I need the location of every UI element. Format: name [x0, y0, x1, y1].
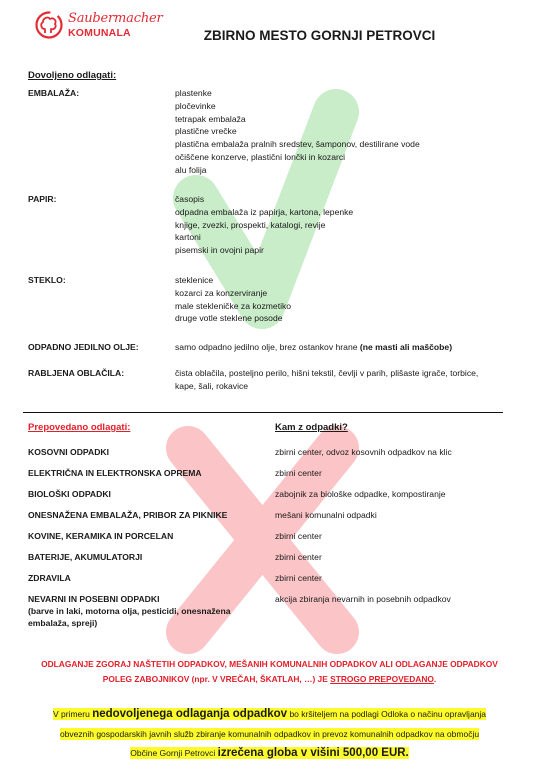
category-cooking-oil: ODPADNO JEDILNO OLJE: [28, 342, 139, 352]
paper-items: časopisodpadna embalaža iz papirja, kart… [175, 193, 353, 257]
cooking-oil-items: samo odpadno jedilno olje, brez ostankov… [175, 341, 452, 354]
category-glass: STEKLO: [28, 275, 66, 285]
forbidden-waste: KOSOVNI ODPADKI [28, 447, 109, 457]
warning-period: . [434, 674, 436, 684]
fine-text-c: Občine Gornji Petrovci [130, 748, 217, 758]
where-heading: Kam z odpadki? [275, 422, 348, 433]
warning-line-1: ODLAGANJE ZGORAJ NAŠTETIH ODPADKOV, MEŠA… [0, 657, 539, 672]
allowed-item: kozarci za konzerviranje [175, 287, 291, 300]
glass-items: steklenicekozarci za konzerviranjemale s… [175, 274, 291, 325]
page-title: ZBIRNO MESTO GORNJI PETROVCI [0, 28, 539, 43]
waste-detail: (barve in laki, motorna olja, pesticidi,… [28, 606, 231, 616]
fine-text-a: V primeru [53, 709, 92, 719]
forbidden-waste: NEVARNI IN POSEBNI ODPADKI(barve in laki… [28, 594, 231, 628]
forbidden-waste: KOVINE, KERAMIKA IN PORCELAN [28, 531, 173, 541]
allowed-item: odpadna embalaža iz papirja, kartona, le… [175, 206, 353, 219]
allowed-item: pisemski in ovojni papir [175, 244, 353, 257]
fine-line-3: Občine Gornji Petrovci izrečena globa v … [130, 747, 409, 759]
allowed-item: steklenice [175, 274, 291, 287]
cooking-oil-text: samo odpadno jedilno olje, brez ostankov… [175, 342, 360, 352]
allowed-item: čista oblačila, posteljno perilo, hišni … [175, 367, 478, 380]
forbidden-waste: BIOLOŠKI ODPADKI [28, 489, 111, 499]
forbidden-waste: ONESNAŽENA EMBALAŽA, PRIBOR ZA PIKNIKE [28, 510, 227, 520]
waste-label: KOSOVNI ODPADKI [28, 447, 109, 457]
allowed-item: male stekleničke za kozmetiko [175, 300, 291, 313]
waste-label: NEVARNI IN POSEBNI ODPADKI [28, 594, 231, 604]
allowed-item: plastična embalaža pralnih sredstev, šam… [175, 138, 420, 151]
fine-text-b: bo kršiteljem na podlagi Odloka o načinu… [287, 709, 486, 719]
notice-page: Saubermacher KOMUNALA ZBIRNO MESTO GORNJ… [0, 0, 539, 783]
cooking-oil-note: (ne masti ali maščobe) [360, 342, 452, 352]
fine-notice: V primeru nedovoljenega odlaganja odpadk… [0, 705, 539, 764]
warning-text: ODLAGANJE ZGORAJ NAŠTETIH ODPADKOV, MEŠA… [0, 657, 539, 687]
category-clothes: RABLJENA OBLAČILA: [28, 368, 124, 378]
allowed-item: tetrapak embalaža [175, 113, 420, 126]
disposal-location: zbirni center [275, 552, 322, 562]
fine-emphasis-1: nedovoljenega odlaganja odpadkov [92, 708, 287, 720]
waste-detail: embalaža, spreji) [28, 618, 231, 628]
warning-emphasis: STROGO PREPOVEDANO [330, 674, 434, 684]
allowed-item: kartoni [175, 231, 353, 244]
warning-line-2: POLEG ZABOJNIKOV (npr. V VREČAH, ŠKATLAH… [0, 672, 539, 687]
disposal-location: zbirni center [275, 531, 322, 541]
waste-label: ZDRAVILA [28, 573, 71, 583]
allowed-item: kape, šali, rokavice [175, 380, 478, 393]
disposal-location: zbirni center [275, 468, 322, 478]
allowed-item: pločevinke [175, 100, 420, 113]
warning-line-2-text: POLEG ZABOJNIKOV (npr. V VREČAH, ŠKATLAH… [103, 674, 330, 684]
allowed-item: plastične vrečke [175, 125, 420, 138]
forbidden-waste: ELEKTRIČNA IN ELEKTRONSKA OPREMA [28, 468, 202, 478]
disposal-location: mešani komunalni odpadki [275, 510, 377, 520]
allowed-item: časopis [175, 193, 353, 206]
allowed-item: plastenke [175, 87, 420, 100]
waste-label: BATERIJE, AKUMULATORJI [28, 552, 142, 562]
disposal-location: akcija zbiranja nevarnih in posebnih odp… [275, 594, 451, 604]
allowed-heading: Dovoljeno odlagati: [28, 70, 116, 81]
divider [23, 412, 503, 413]
fine-line-1: V primeru nedovoljenega odlaganja odpadk… [53, 708, 486, 720]
forbidden-heading: Prepovedano odlagati: [28, 422, 130, 433]
allowed-item: alu folija [175, 164, 420, 177]
waste-label: ELEKTRIČNA IN ELEKTRONSKA OPREMA [28, 468, 202, 478]
disposal-location: zbirni center, odvoz kosovnih odpadkov n… [275, 447, 452, 457]
disposal-location: zabojnik za biološke odpadke, kompostira… [275, 489, 446, 499]
forbidden-waste: ZDRAVILA [28, 573, 71, 583]
category-packaging: EMBALAŽA: [28, 88, 79, 98]
allowed-item: očiščene konzerve, plastični lončki in k… [175, 151, 420, 164]
allowed-item: druge votle steklene posode [175, 312, 291, 325]
forbidden-waste: BATERIJE, AKUMULATORJI [28, 552, 142, 562]
category-paper: PAPIR: [28, 194, 57, 204]
waste-label: KOVINE, KERAMIKA IN PORCELAN [28, 531, 173, 541]
packaging-items: plastenkepločevinketetrapak embalažaplas… [175, 87, 420, 177]
waste-label: ONESNAŽENA EMBALAŽA, PRIBOR ZA PIKNIKE [28, 510, 227, 520]
disposal-location: zbirni center [275, 573, 322, 583]
fine-line-2: obveznih gospodarskih javnih služb zbira… [60, 728, 479, 740]
logo-brand: Saubermacher [68, 11, 163, 26]
clothes-items: čista oblačila, posteljno perilo, hišni … [175, 367, 478, 393]
waste-label: BIOLOŠKI ODPADKI [28, 489, 111, 499]
fine-amount: izrečena globa v višini 500,00 EUR. [218, 747, 409, 759]
allowed-item: knjige, zvezki, prospekti, katalogi, rev… [175, 219, 353, 232]
